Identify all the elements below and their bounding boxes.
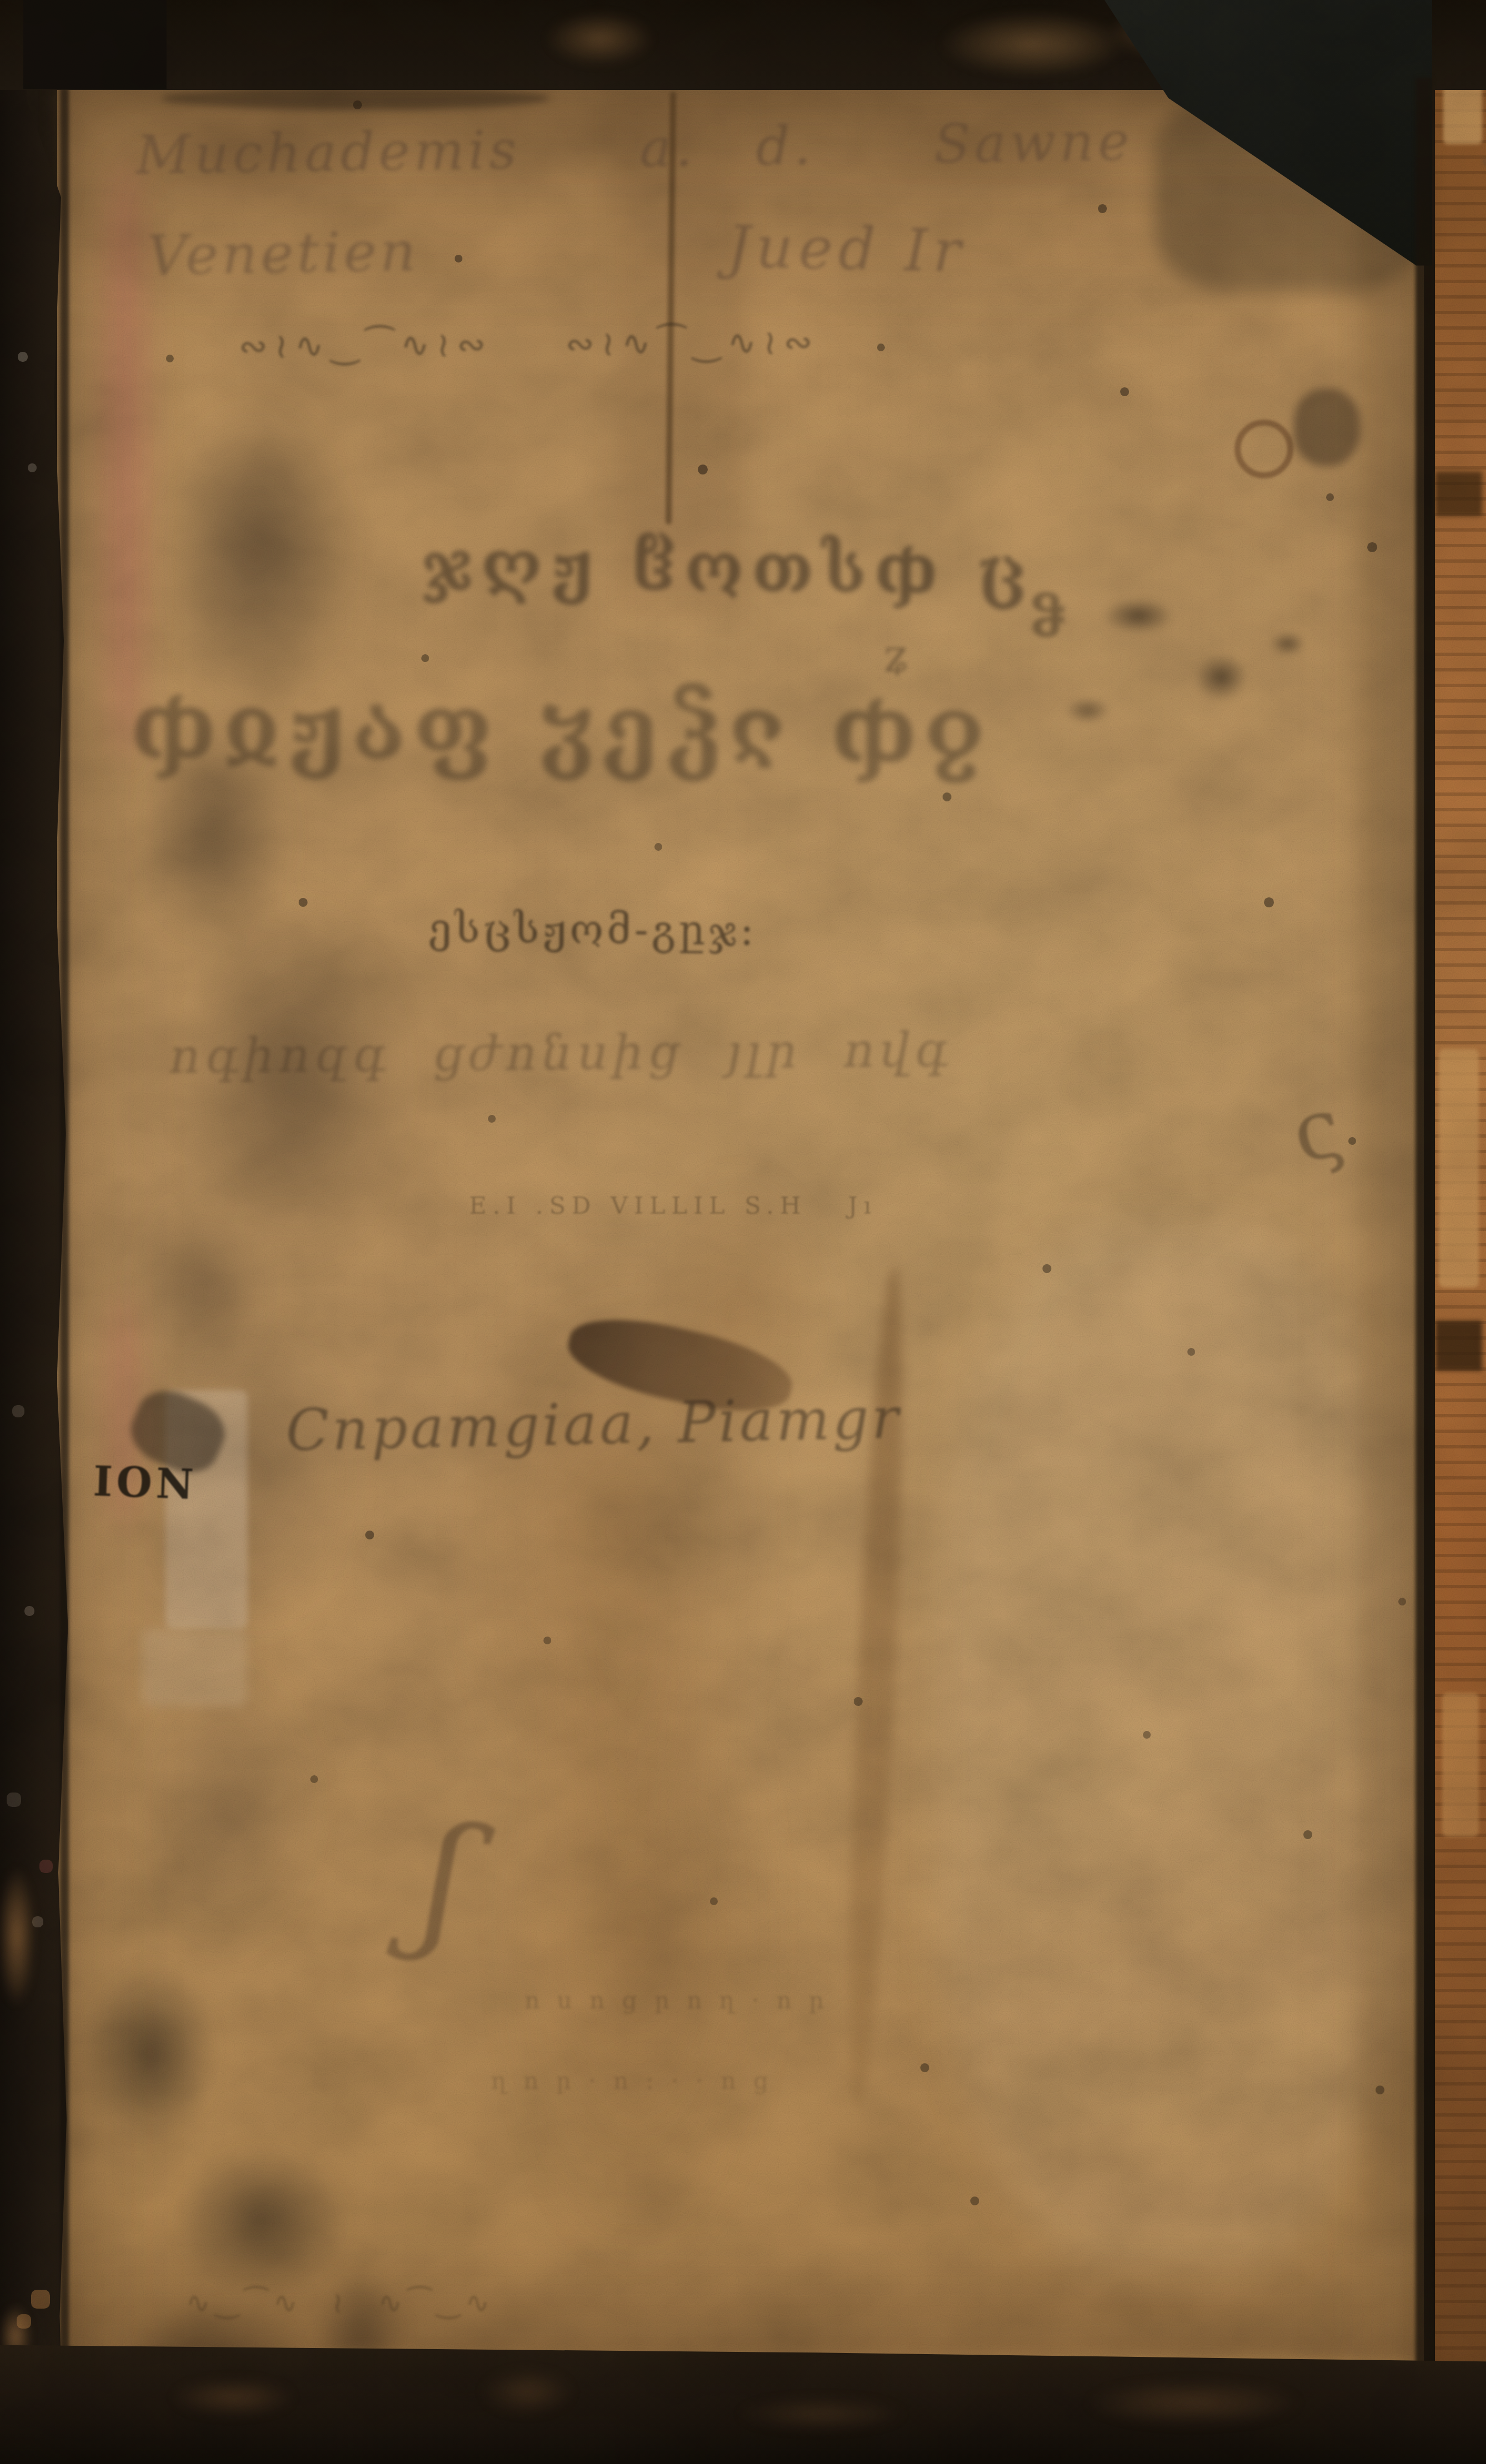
fore-edge-paper-strip (1435, 0, 1486, 2464)
pink-tint-streak-upper (103, 161, 146, 760)
sticker-residue-patch (165, 1390, 248, 1629)
fore-edge-light-chunk (1439, 1049, 1479, 1287)
handwritten-inscription-left-word: Venetien (147, 219, 420, 289)
ornament-band-bottom: ∿‿⁀∿ ≀ ∿⁀‿∿ (186, 2286, 495, 2320)
left-cover-tan-patch-lower (0, 2286, 50, 2386)
book-cover-background (0, 0, 1486, 2464)
page-right-edge-shadow (1416, 78, 1432, 2381)
sticker-residue-patch-lower (142, 1629, 247, 1706)
photo-grain-overlay (0, 0, 1486, 2464)
page-left-edge-shadow (60, 88, 69, 2357)
pink-tint-streak-lower (105, 1293, 141, 1526)
script-line-flourish: ոգիոզգ ցժոնսից յլր ովգ (169, 1022, 953, 1084)
photograph-of-aged-book-title-page: Muchademis a. d. Sawne Jne Venetien Jued… (0, 0, 1486, 2464)
top-cover-tan-mottle (500, 0, 1221, 92)
page-vignette (57, 88, 1424, 2464)
central-water-stain (350, 1143, 949, 2320)
handwritten-inscription-top: Muchademis a. d. Sawne Jne (135, 107, 1391, 186)
top-right-corner-mottle (1155, 92, 1427, 291)
fore-edge-dark-notch-upper (1435, 472, 1482, 516)
fore-edge-dark-notch (1435, 1321, 1482, 1371)
foxing-specks (0, 0, 4, 4)
smudge-above-label (122, 1380, 235, 1483)
top-edge-smudge-line (161, 87, 550, 110)
aged-paper-page (57, 88, 1424, 2464)
fore-edge-light-chunk-lower (1442, 1693, 1479, 1837)
top-right-cover-corner-flap (1032, 0, 1432, 289)
top-cover-dark-corner-rect (23, 0, 167, 89)
left-cover-cloth-flecks (6, 1376, 9, 1380)
paper-blotch-overlay (0, 0, 1486, 2464)
handwritten-inscription-right-word: Jued Ir (727, 213, 967, 285)
flourish-tail-mark: ʃ (412, 1790, 477, 1969)
ink-blotch-cluster (1055, 583, 1366, 766)
left-cover-tan-patch (0, 1826, 56, 2059)
imprint-faint-line1: ո ս ո ց ր ո ղ · ո ր (525, 1987, 829, 2014)
water-stain-edge-contour (839, 1265, 913, 2109)
left-cover-band (0, 0, 69, 2464)
fore-edge-light-chunk-top (1443, 72, 1482, 144)
top-cover-band (0, 0, 1486, 90)
left-soot-smudge-cloud (83, 333, 483, 1415)
top-edge-dirt-band (57, 88, 1424, 321)
script-line-clear: ესცსჟომ-გըჯ: (429, 904, 758, 955)
left-lower-smudge-cloud (72, 1265, 494, 2042)
circular-stamp-ring (1235, 420, 1293, 478)
script-line-lower: Cnpamgiaa, Piamgr (285, 1385, 902, 1464)
clean-paper-highlight-right (933, 1221, 1410, 2275)
latin-faint-line: E.I .SD VILLIL S.H Jı (469, 1192, 877, 1220)
bottom-grime-gradient (57, 2236, 1424, 2359)
flourish-right-mark: ς (1282, 1078, 1352, 1183)
ornament-band-top: ∾≀∿‿⁀∿≀∾ ∾≀∿⁀‿∿≀∾ (239, 320, 1027, 366)
title-script-small-cluster: ʑ (884, 630, 909, 683)
right-fold-shading (1360, 166, 1418, 2248)
title-script-line1: ჯღჟ ჱოთსჶ ც (421, 524, 1035, 610)
bottom-cover-band (0, 2337, 1486, 2464)
center-crease-band (616, 88, 744, 615)
title-script-line1-tail: ჵ (1030, 588, 1065, 650)
bottom-band-mottle (0, 2353, 1486, 2464)
bottom-left-grime-cluster (50, 1909, 472, 2464)
title-script-line2: ჶჲჟაფ ჳეჴჺ ჶჹ (130, 672, 993, 784)
imprint-faint-line2: ղ ո ր · ո ։ · · ո ց (491, 2067, 773, 2094)
spine-label-fragment: ION (93, 1458, 199, 1509)
dark-brush-smear (561, 1305, 799, 1426)
right-margin-blotch (1293, 388, 1360, 466)
center-crease-line (666, 92, 676, 524)
fore-edge-layer-lines (1435, 0, 1486, 2464)
